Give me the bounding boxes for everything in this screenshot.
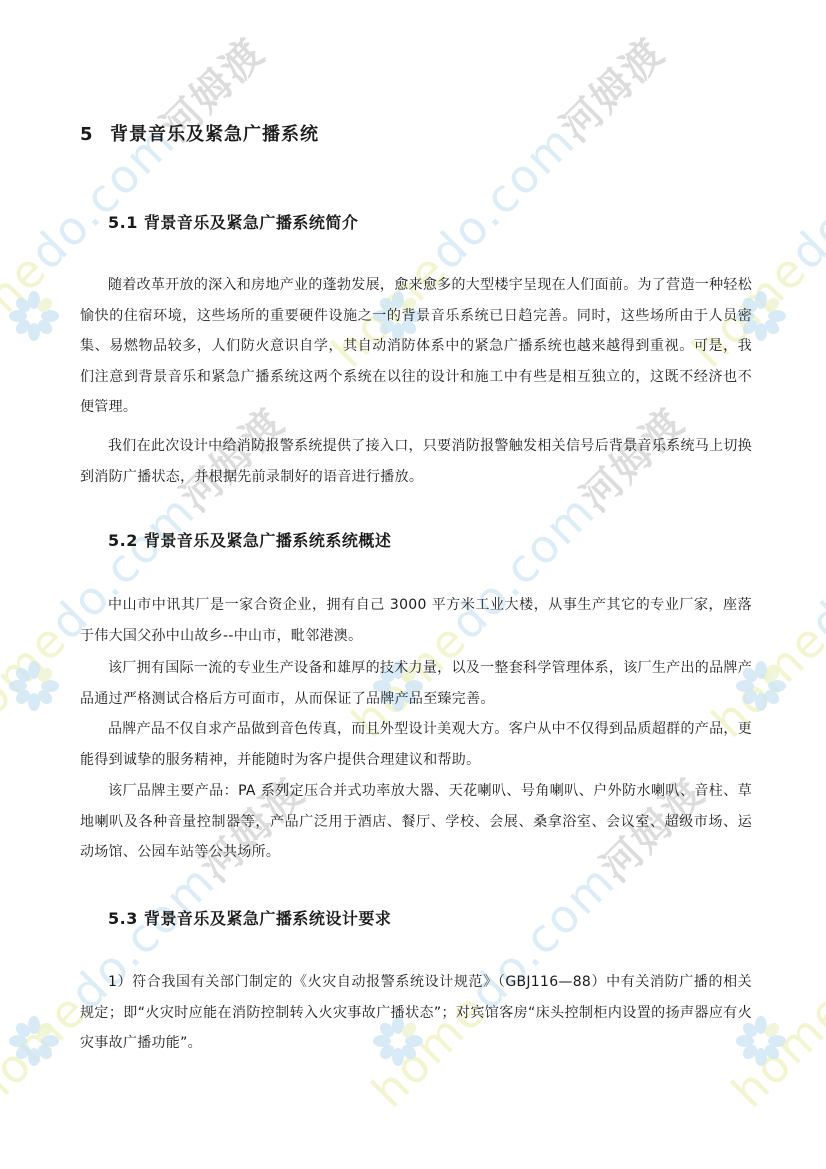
section-number: 5.3 <box>108 909 138 928</box>
section-number: 5.2 <box>108 531 138 550</box>
paragraph: 中山市中讯其厂是一家合资企业，拥有自己 3000 平方米工业大楼，从事生产其它的… <box>80 590 752 651</box>
paragraph: 1）符合我国有关部门制定的《火灾自动报警系统设计规范》（GBJ116—88）中有… <box>80 967 752 1059</box>
document-page: 5背景音乐及紧急广播系统 5.1 背景音乐及紧急广播系统简介 随着改革开放的深入… <box>0 0 826 1169</box>
section-heading-5-2: 5.2 背景音乐及紧急广播系统系统概述 <box>108 528 391 551</box>
section-title: 背景音乐及紧急广播系统系统概述 <box>144 531 392 550</box>
paragraph: 随着改革开放的深入和房地产业的蓬勃发展，愈来愈多的大型楼宇呈现在人们面前。为了营… <box>80 270 752 423</box>
section-number: 5.1 <box>108 213 138 232</box>
paragraph: 我们在此次设计中给消防报警系统提供了接入口，只要消防报警触发相关信号后背景音乐系… <box>80 431 752 492</box>
section-title: 背景音乐及紧急广播系统简介 <box>144 213 359 232</box>
chapter-title: 背景音乐及紧急广播系统 <box>110 124 319 145</box>
section-heading-5-3: 5.3 背景音乐及紧急广播系统设计要求 <box>108 906 391 929</box>
paragraph: 该厂品牌主要产品：PA 系列定压合并式功率放大器、天花喇叭、号角喇叭、户外防水喇… <box>80 776 752 868</box>
section-title: 背景音乐及紧急广播系统设计要求 <box>144 909 392 928</box>
chapter-heading: 5背景音乐及紧急广播系统 <box>80 120 319 146</box>
paragraph: 该厂拥有国际一流的专业生产设备和雄厚的技术力量，以及一整套科学管理体系，该厂生产… <box>80 653 752 714</box>
chapter-number: 5 <box>80 124 110 145</box>
paragraph: 品牌产品不仅自求产品做到音色传真，而且外型设计美观大方。客户从中不仅得到品质超群… <box>80 714 752 775</box>
section-heading-5-1: 5.1 背景音乐及紧急广播系统简介 <box>108 210 358 233</box>
